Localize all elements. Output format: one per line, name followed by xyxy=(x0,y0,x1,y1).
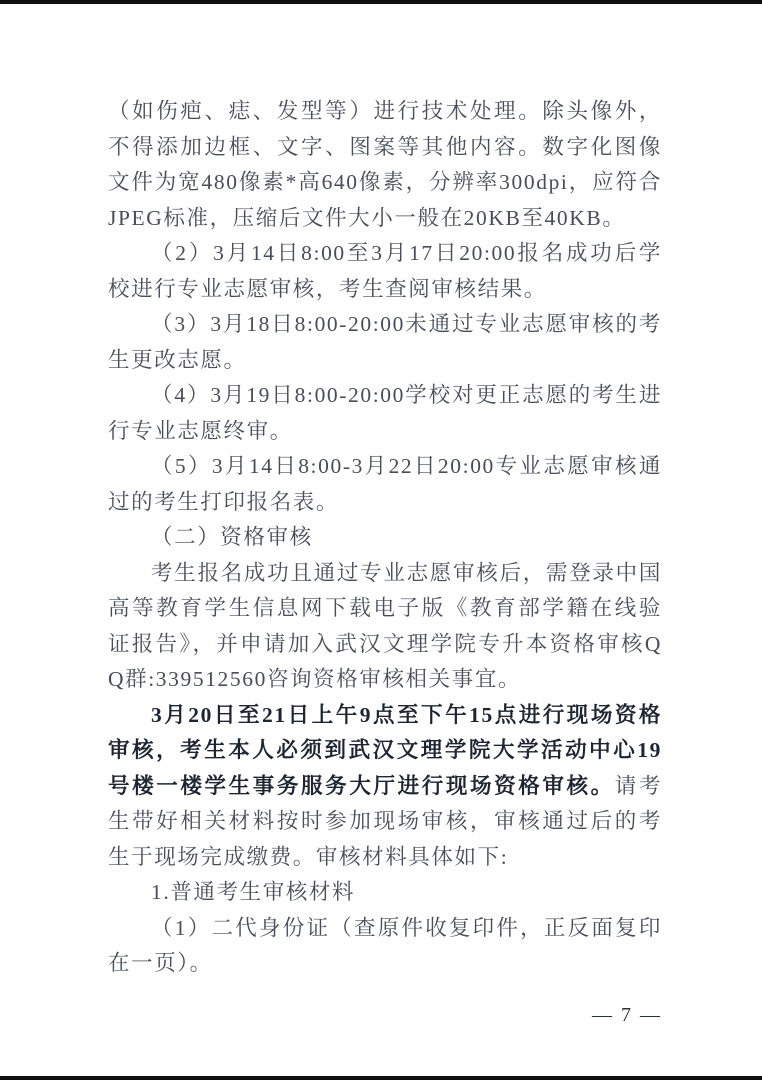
paragraph-qq-group-info: 考生报名成功且通过专业志愿审核后，需登录中国高等教育学生信息网下载电子版《教育部… xyxy=(108,556,662,698)
onsite-review-bold-text: 3月20日至21日上午9点至下午15点进行现场资格审核，考生本人必须到武汉文理学… xyxy=(108,703,662,798)
paragraph-id-card-requirement: （1）二代身份证（查原件收复印件，正反面复印在一页）。 xyxy=(108,911,662,982)
paragraph-materials-list-title: 1.普通考生审核材料 xyxy=(108,875,662,911)
scan-edge-bottom xyxy=(0,1076,762,1080)
paragraph-step-5: （5）3月14日8:00-3月22日20:00专业志愿审核通过的考生打印报名表。 xyxy=(108,449,662,520)
paragraph-step-2: （2）3月14日8:00至3月17日20:00报名成功后学校进行专业志愿审核，考… xyxy=(108,236,662,307)
paragraph-step-4: （4）3月19日8:00-20:00学校对更正志愿的考生进行专业志愿终审。 xyxy=(108,378,662,449)
page-footer: — 7 — xyxy=(592,1004,662,1027)
paragraph-photo-requirements: （如伤疤、痣、发型等）进行技术处理。除头像外，不得添加边框、文字、图案等其他内容… xyxy=(108,94,662,236)
paragraph-step-3: （3）3月18日8:00-20:00未通过专业志愿审核的考生更改志愿。 xyxy=(108,307,662,378)
section-heading-qualification-review: （二）资格审核 xyxy=(108,520,662,556)
document-body: （如伤疤、痣、发型等）进行技术处理。除头像外，不得添加边框、文字、图案等其他内容… xyxy=(108,94,662,982)
scan-edge-top xyxy=(0,0,762,4)
paragraph-onsite-review: 3月20日至21日上午9点至下午15点进行现场资格审核，考生本人必须到武汉文理学… xyxy=(108,698,662,876)
page-number: — 7 — xyxy=(592,1004,662,1026)
